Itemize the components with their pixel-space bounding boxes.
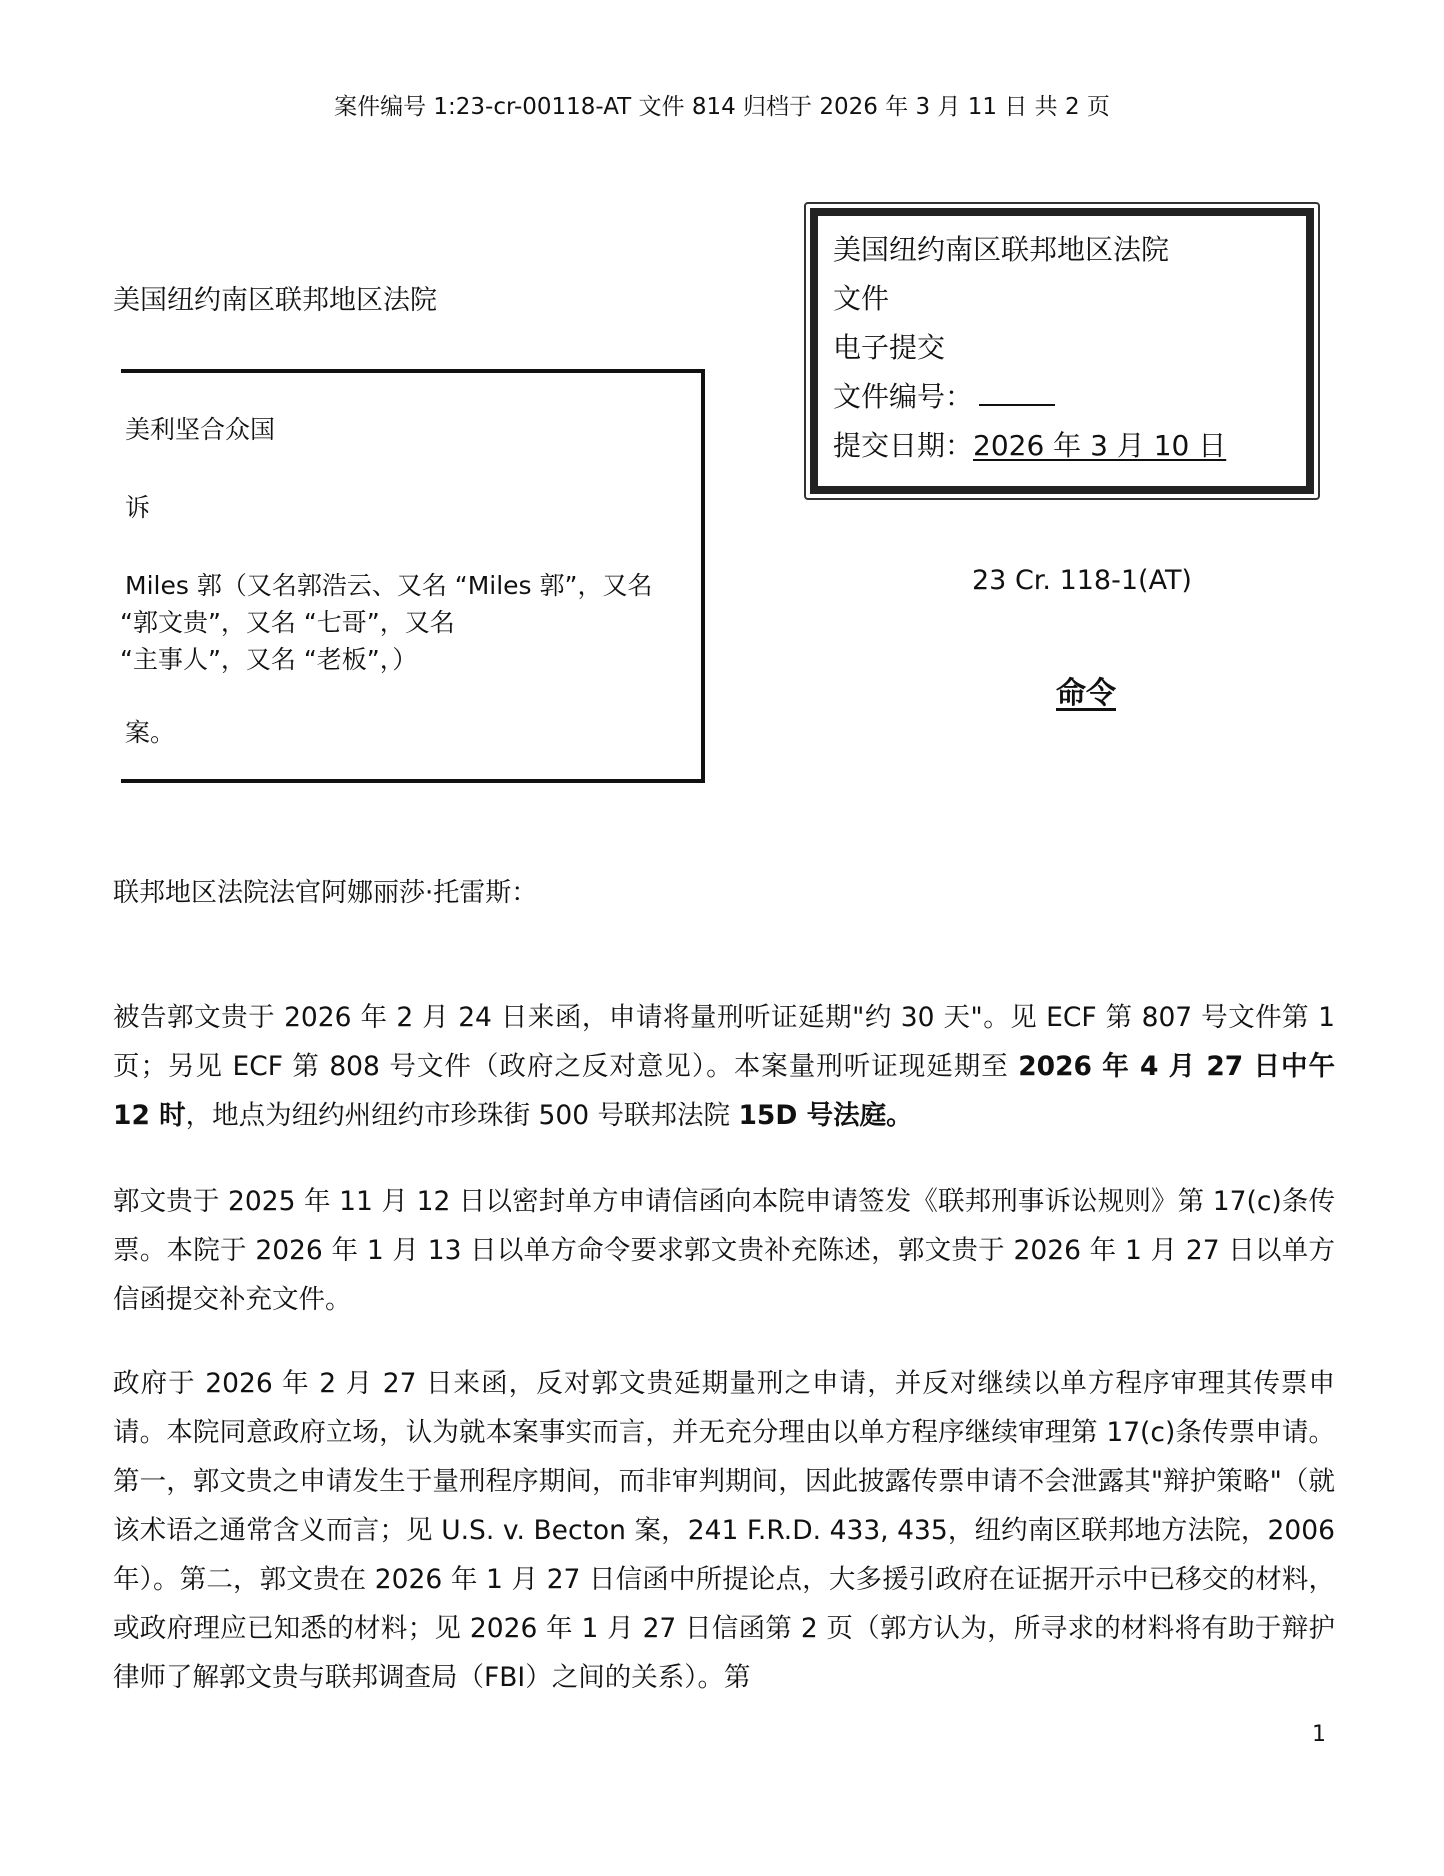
paragraph-1: 被告郭文贵于 2026 年 2 月 24 日来函，申请将量刑听证延期"约 30 …: [113, 993, 1335, 1140]
page-number: 1: [1312, 1722, 1326, 1747]
stamp-doc-number-label: 文件编号：: [833, 380, 973, 413]
court-name: 美国纽约南区联邦地区法院: [113, 278, 437, 317]
caption-versus: 诉: [125, 488, 150, 524]
caption-defendant-line-3: “主事人”，又名 “老板”，）: [120, 640, 417, 676]
caption-defendant-line-2: “郭文贵”，又名 “七哥”，又名: [120, 603, 455, 639]
order-title: 命令: [1056, 668, 1116, 712]
stamp-court: 美国纽约南区联邦地区法院: [833, 228, 1169, 268]
caption-plaintiff: 美利坚合众国: [125, 410, 275, 446]
ecf-filing-header: 案件编号 1:23-cr-00118-AT 文件 814 归档于 2026 年 …: [0, 88, 1444, 121]
paragraph-2: 郭文贵于 2025 年 11 月 12 日以密封单方申请信函向本院申请签发《联邦…: [113, 1177, 1335, 1324]
docket-number: 23 Cr. 118-1(AT): [972, 565, 1192, 596]
stamp-document: 文件: [833, 277, 889, 317]
paragraph-3: 政府于 2026 年 2 月 27 日来函，反对郭文贵延期量刑之申请，并反对继续…: [113, 1359, 1335, 1702]
caption-case-suffix: 案。: [125, 713, 175, 749]
caption-defendant-line-1: Miles 郭（又名郭浩云、又名 “Miles 郭”，又名: [125, 566, 652, 602]
stamp-date-label: 提交日期：: [833, 429, 973, 462]
stamp-electronic: 电子提交: [833, 326, 945, 366]
judge-line: 联邦地区法院法官阿娜丽莎·托雷斯：: [113, 872, 537, 909]
stamp-doc-number: 文件编号：: [833, 375, 1055, 415]
stamp-doc-number-blank: [979, 382, 1055, 406]
stamp-date: 提交日期：2026 年 3 月 10 日: [833, 424, 1226, 464]
paragraph-1-text-c: ，地点为纽约州纽约市珍珠街 500 号联邦法院: [186, 1100, 739, 1131]
stamp-date-value: 2026 年 3 月 10 日: [973, 429, 1226, 462]
courtroom: 15D 号法庭。: [738, 1100, 912, 1131]
